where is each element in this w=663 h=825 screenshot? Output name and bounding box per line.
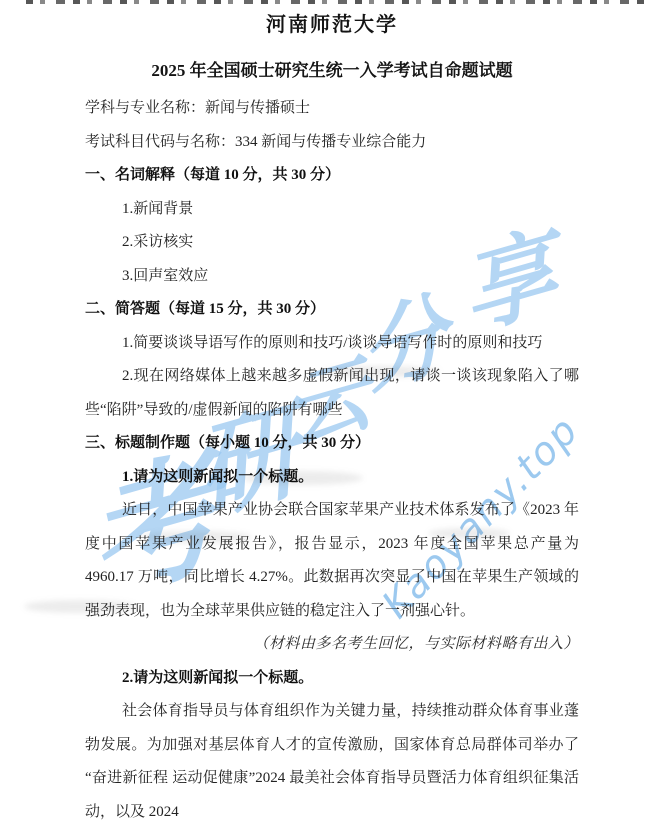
term-item-1: 1.新闻背景: [85, 193, 579, 227]
section-2-heading: 二、简答题（每道 15 分，共 30 分）: [85, 293, 579, 327]
term-item-3: 3.回声室效应: [85, 260, 579, 294]
headline-question-1-material: 近日，中国苹果产业协会联合国家苹果产业技术体系发布了《2023 年度中国苹果产业…: [85, 494, 579, 628]
section-3-heading: 三、标题制作题（每小题 10 分，共 30 分）: [85, 427, 579, 461]
document-content: 河南师范大学 2025 年全国硕士研究生统一入学考试自命题试题 学科与专业名称：…: [0, 0, 663, 825]
headline-question-1-prompt: 1.请为这则新闻拟一个标题。: [85, 461, 579, 495]
headline-question-2-material: 社会体育指导员与体育组织作为关键力量，持续推动群众体育事业蓬勃发展。为加强对基层…: [85, 695, 579, 825]
short-answer-item-1: 1.简要谈谈导语写作的原则和技巧/谈谈导语写作时的原则和技巧: [85, 327, 579, 361]
headline-question-2-prompt: 2.请为这则新闻拟一个标题。: [85, 662, 579, 696]
university-title: 河南师范大学: [85, 12, 579, 38]
scan-artifact-top-edge: [26, 0, 651, 4]
exam-paper-page: 考 研 云 分 享 Kaoyany.top 河南师范大学 2025 年全国硕士研…: [0, 0, 663, 825]
exam-title: 2025 年全国硕士研究生统一入学考试自命题试题: [85, 59, 579, 83]
section-1-heading: 一、名词解释（每道 10 分，共 30 分）: [85, 159, 579, 193]
term-item-2: 2.采访核实: [85, 226, 579, 260]
document-body: 学科与专业名称：新闻与传播硕士 考试科目代码与名称：334 新闻与传播专业综合能…: [85, 92, 579, 825]
material-recall-note: （材料由多名考生回忆，与实际材料略有出入）: [85, 628, 579, 662]
subject-code-line: 考试科目代码与名称：334 新闻与传播专业综合能力: [85, 126, 579, 160]
short-answer-item-2: 2.现在网络媒体上越来越多虚假新闻出现，请谈一谈该现象陷入了哪些“陷阱”导致的/…: [85, 360, 579, 427]
major-line: 学科与专业名称：新闻与传播硕士: [85, 92, 579, 126]
